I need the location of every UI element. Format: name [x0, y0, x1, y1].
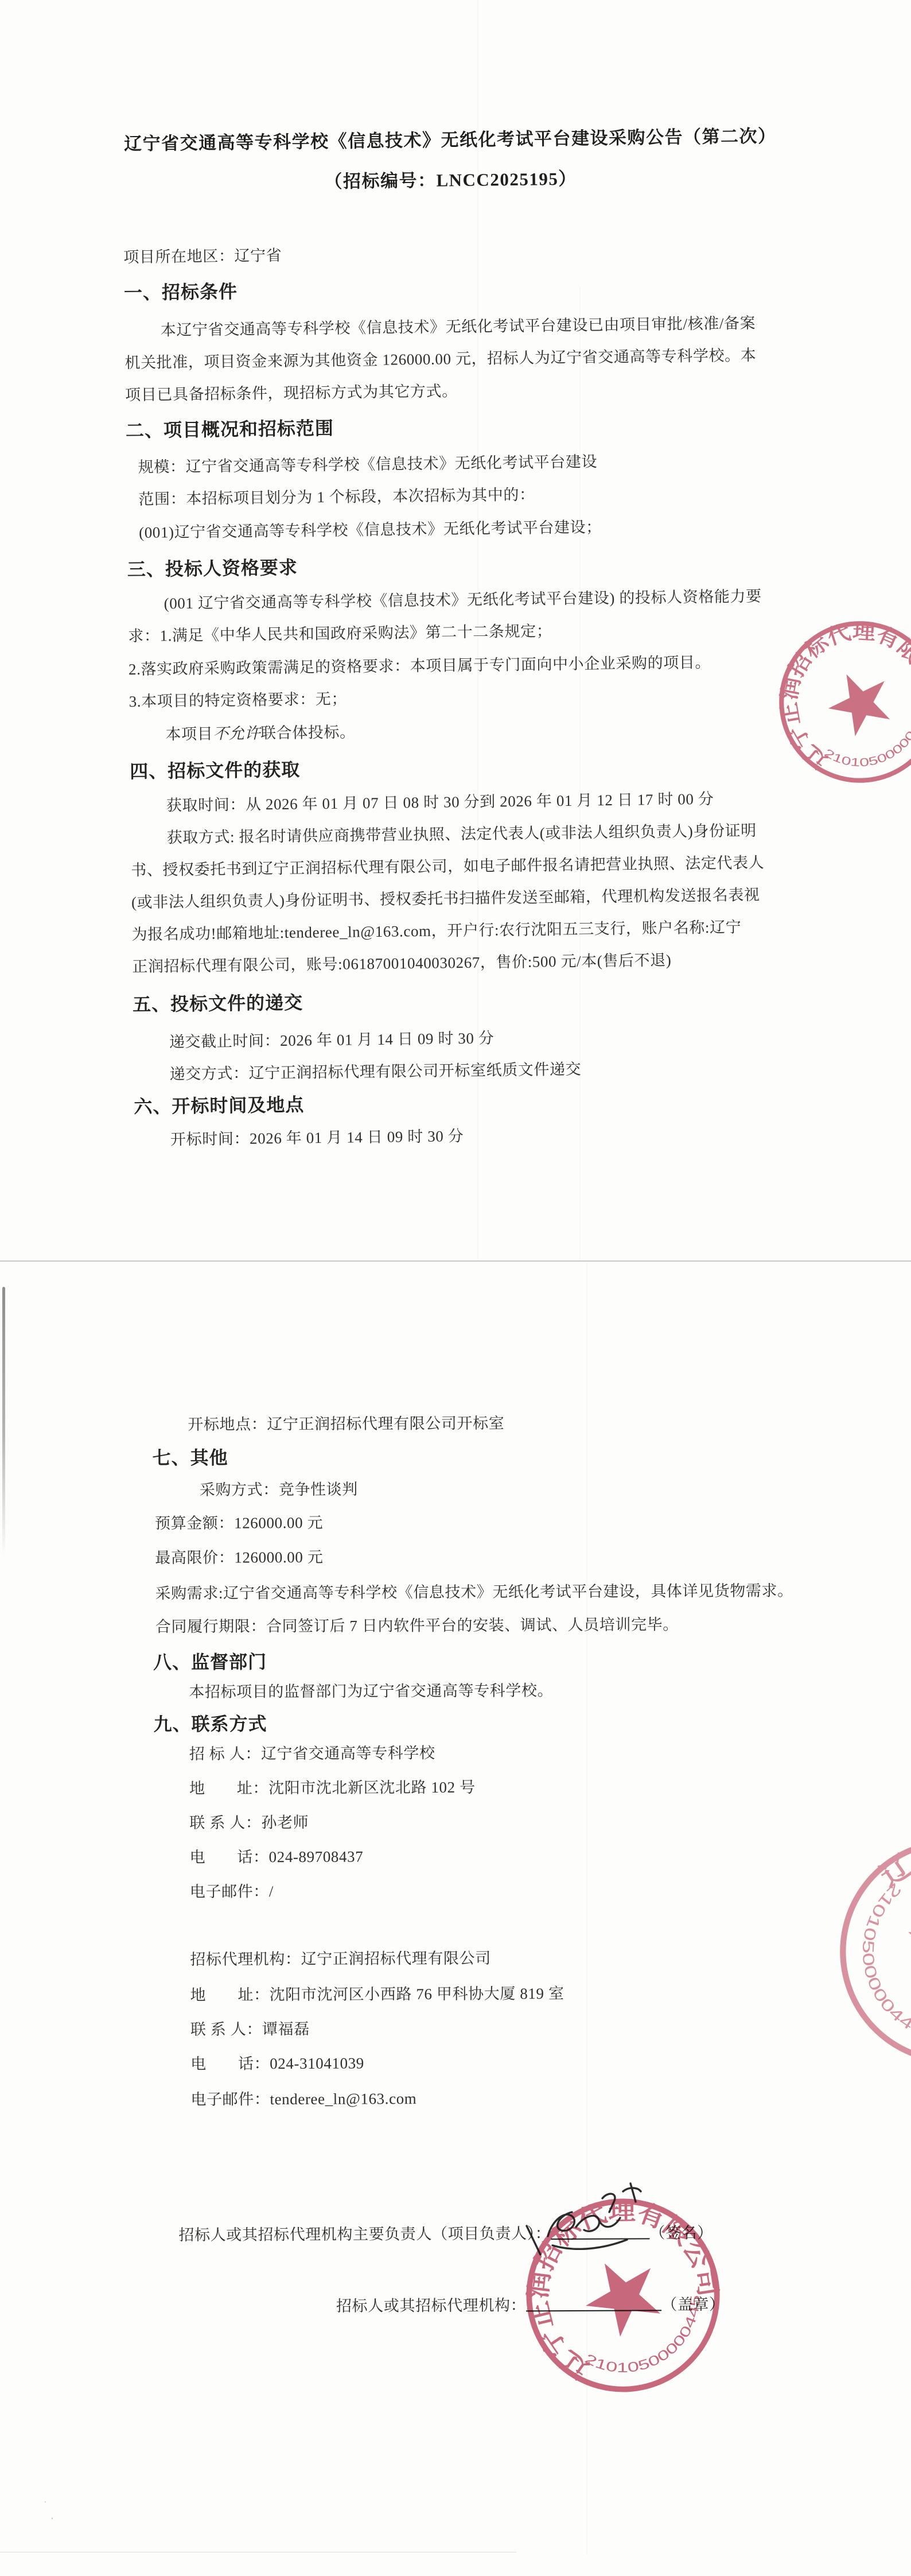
page-1: 辽宁省交通高等专科学校《信息技术》无纸化考试平台建设采购公告（第二次） （招标编… [0, 0, 911, 1260]
tenderer-email: 电子邮件：/ [190, 1882, 274, 1902]
tenderer-address: 地 址：沈阳市沈北新区沈北路 102 号 [189, 1778, 476, 1799]
qualification-line2: 求：1.满足《中华人民共和国政府采购法》第二十二条规定； [128, 622, 552, 646]
agency-contact: 联 系 人：谭福磊 [190, 2020, 310, 2040]
lot-001: (001)辽宁省交通高等专科学校《信息技术》无纸化考试平台建设； [139, 518, 602, 543]
project-scale: 规模：辽宁省交通高等专科学校《信息技术》无纸化考试平台建设 [138, 452, 598, 478]
tenderer-phone: 电 话：024-89708437 [190, 1848, 364, 1868]
page2-text-block: 开标地点：辽宁正润招标代理有限公司开标室 七、其他 采购方式：竞争性谈判 预算金… [0, 1263, 911, 2576]
tenderer-contact: 联 系 人：孙老师 [189, 1813, 309, 1833]
qualification-line1: (001 辽宁省交通高等专科学校《信息技术》无纸化考试平台建设) 的投标人资格能… [163, 587, 762, 614]
project-region: 项目所在地区：辽宁省 [123, 246, 282, 267]
document-title: 辽宁省交通高等专科学校《信息技术》无纸化考试平台建设采购公告（第二次） [0, 124, 906, 157]
section1-heading: 一、招标条件 [124, 280, 238, 304]
bid-opening-place: 开标地点：辽宁正润招标代理有限公司开标室 [188, 1414, 504, 1434]
agency-email: 电子邮件：tenderee_ln@163.com [190, 2089, 416, 2109]
procurement-demand: 采购需求:辽宁省交通高等专科学校《信息技术》无纸化考试平台建设，具体详见货物需求… [155, 1581, 793, 1604]
submit-deadline: 递交截止时间：2026 年 01 月 14 日 09 时 30 分 [169, 1029, 495, 1052]
no-joint-bid-c: 联合体投标。 [260, 723, 356, 742]
agency-phone: 电 话：024-31041039 [190, 2054, 364, 2074]
obtain-method-line5: 正润招标代理有限公司，账号:06187001040030267，售价:500 元… [132, 951, 671, 977]
supervision-department: 本招标项目的监督部门为辽宁省交通高等专科学校。 [189, 1681, 553, 1702]
signature-line-label: 招标人或其招标代理机构主要负责人（项目负责人）： [178, 2225, 551, 2244]
signature-line-agency: 招标人或其招标代理机构：（盖章） [336, 2295, 725, 2317]
tenderer-name: 招 标 人：辽宁省交通高等专科学校 [189, 1744, 435, 1764]
section7-heading: 七、其他 [152, 1446, 228, 1470]
obtain-method-line4: 为报名成功!邮箱地址:tenderee_ln@163.com，开户行:农行沈阳五… [131, 918, 741, 945]
project-scope: 范围：本招标项目划分为 1 个标段，本次招标为其中的： [138, 486, 535, 510]
no-joint-bid-a: 本项目 [165, 725, 213, 743]
page-2: 开标地点：辽宁正润招标代理有限公司开标室 七、其他 采购方式：竞争性谈判 预算金… [0, 1263, 911, 2576]
seal-suffix: （盖章） [661, 2296, 725, 2313]
section1-paragraph-line3: 项目已具备招标条件，现招标方式为其它方式。 [125, 382, 458, 405]
obtain-time: 获取时间：从 2026 年 01 月 07 日 08 时 30 分到 2026 … [166, 790, 714, 816]
qualification-line4: 3.本项目的特定资格要求：无； [129, 690, 348, 712]
obtain-method-line1: 获取方式: 报名时请供应商携带营业执照、法定代表人(或非法人组织负责人)身份证明 [166, 821, 757, 848]
section6-heading: 六、开标时间及地点 [134, 1093, 304, 1119]
agency-address: 地 址：沈阳市沈河区小西路 76 甲科协大厦 819 室 [190, 1984, 564, 2005]
no-joint-bid-emphasis: 不允许 [213, 724, 260, 742]
section4-heading: 四、招标文件的获取 [130, 758, 300, 783]
contract-period: 合同履行期限：合同签订后 7 日内软件平台的安装、调试、人员培训完毕。 [155, 1615, 679, 1637]
obtain-method-line2: 书、授权委托书到辽宁正润招标代理有限公司，如电子邮件报名请把营业执照、法定代表人 [131, 854, 764, 880]
section8-heading: 八、监督部门 [153, 1650, 267, 1674]
page-divider-line [0, 1260, 911, 1262]
section1-paragraph-line2: 机关批准，项目资金来源为其他资金 126000.00 元，招标人为辽宁省交通高等… [124, 346, 756, 373]
section5-heading: 五、投标文件的递交 [133, 991, 303, 1017]
page1-text-block: 辽宁省交通高等专科学校《信息技术》无纸化考试平台建设采购公告（第二次） （招标编… [0, 0, 911, 1260]
section1-paragraph-line1: 本辽宁省交通高等专科学校《信息技术》无纸化考试平台建设已由项目审批/核准/备案 [161, 314, 756, 340]
section3-heading: 三、投标人资格要求 [127, 556, 298, 581]
seal-blank-line [526, 2298, 661, 2311]
qualification-line3: 2.落实政府采购政策需满足的资格要求：本项目属于专门面向中小企业采购的项目。 [129, 653, 711, 680]
budget-amount: 预算金额：126000.00 元 [155, 1514, 323, 1534]
handwritten-signature [516, 2174, 671, 2266]
tender-number: （招标编号：LNCC2025195） [0, 164, 906, 197]
submit-method: 递交方式：辽宁正润招标代理有限公司开标室纸质文件递交 [169, 1060, 581, 1085]
no-joint-bid-line: 本项目不允许联合体投标。 [165, 723, 356, 744]
price-ceiling: 最高限价：126000.00 元 [155, 1548, 323, 1568]
section2-heading: 二、项目概况和招标范围 [126, 417, 334, 442]
section9-heading: 九、联系方式 [153, 1712, 267, 1736]
procurement-method: 采购方式：竞争性谈判 [200, 1480, 358, 1500]
agency-name: 招标代理机构：辽宁正润招标代理有限公司 [190, 1949, 491, 1970]
obtain-method-line3: (或非法人组织负责人)身份证明书、授权委托书扫描件发送至邮箱，代理机构发送报名表… [131, 886, 760, 913]
bid-opening-time: 开标时间：2026 年 01 月 14 日 09 时 30 分 [170, 1127, 464, 1150]
seal-line-label: 招标人或其招标代理机构： [336, 2296, 526, 2314]
scanned-tender-document: 辽宁省交通高等专科学校《信息技术》无纸化考试平台建设采购公告（第二次） （招标编… [0, 0, 911, 2576]
